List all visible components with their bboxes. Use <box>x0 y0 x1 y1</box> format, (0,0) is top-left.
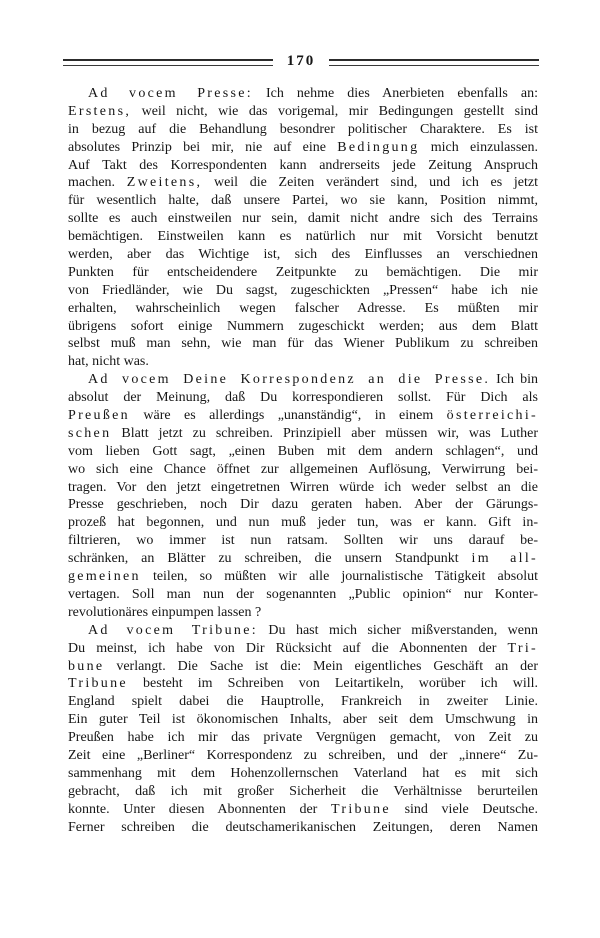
text-segment: verlangt. Die Sache ist die: Mein eigent… <box>104 659 538 674</box>
text-segment: England spielt dabei die Hauptrolle, Fra… <box>68 694 538 709</box>
text-line: absolutes Prinzip bei mir, nie auf eine … <box>68 139 538 157</box>
emphasized-text: Tribune <box>68 676 128 691</box>
emphasized-text: Ad vocem Tribune: <box>88 623 258 638</box>
emphasized-text: Ad vocem Presse: <box>88 86 253 101</box>
emphasized-text: Tri- <box>508 641 538 656</box>
text-line: von Friedländer, wie Du sagst, zugeschic… <box>68 282 538 300</box>
text-segment: erhalten, wahrscheinlich wegen falscher … <box>68 301 538 316</box>
text-segment: weil die Zeiten verändert sind, und ich … <box>202 175 538 190</box>
text-segment: Auf Takt des Korrespondenten kann andrer… <box>68 158 538 173</box>
text-line: Ad vocem Tribune: Du hast mich sicher mi… <box>68 622 538 640</box>
text-segment: in bezug auf die Behandlung besondrer po… <box>68 122 538 137</box>
text-segment: sind viele Deutsche. <box>391 802 538 817</box>
emphasized-text: Preußen <box>68 408 130 423</box>
text-segment: bemächtigen. Einstweilen kann es natürli… <box>68 229 538 244</box>
text-segment: von Friedländer, wie Du sagst, zugeschic… <box>68 283 538 298</box>
text-segment: besteht im Schreiben von Leitartikeln, w… <box>128 676 538 691</box>
text-line: gebracht, daß ich mit großer Sicherheit … <box>68 783 538 801</box>
text-line: hat, nicht was. <box>68 353 538 371</box>
text-segment: wo sich eine Chance öffnet zur allgemein… <box>68 462 538 477</box>
text-line: Ad vocem Deine Korrespondenz an die Pres… <box>68 371 538 389</box>
text-segment: absolutes Prinzip bei mir, nie auf eine <box>68 140 337 155</box>
text-segment: schränken, an Blätter zu schreiben, die … <box>68 551 472 566</box>
text-line: Erstens, weil nicht, wie das vorigemal, … <box>68 103 538 121</box>
text-line: Preußen habe ich mir das private Vergnüg… <box>68 729 538 747</box>
text-segment: teilen, so müßten wir alle journalistisc… <box>141 569 538 584</box>
text-line: übrigens sofort einige Nummern zugeschic… <box>68 318 538 336</box>
emphasized-text: Tribune <box>331 802 391 817</box>
emphasized-text: österreichi- <box>447 408 538 423</box>
text-segment: übrigens sofort einige Nummern zugeschic… <box>68 319 538 334</box>
text-segment: machen. <box>68 175 127 190</box>
text-line: filtrieren, wo immer ist nun ratsam. Sol… <box>68 532 538 550</box>
text-segment: hat, nicht was. <box>68 354 149 369</box>
text-segment: sollte es auch einstweilen nur sein, dam… <box>68 211 538 226</box>
text-segment: revolutionäres einpumpen lassen ? <box>68 605 261 620</box>
text-line: gemeinen teilen, so müßten wir alle jour… <box>68 568 538 586</box>
emphasized-text: bune <box>68 659 104 674</box>
text-line: schen Blatt jetzt zu schreiben. Prinzipi… <box>68 425 538 443</box>
text-line: bune verlangt. Die Sache ist die: Mein e… <box>68 658 538 676</box>
text-line: Ad vocem Presse: Ich nehme dies Anerbiet… <box>68 85 538 103</box>
text-line: England spielt dabei die Hauptrolle, Fra… <box>68 693 538 711</box>
book-page: 170 Ad vocem Presse: Ich nehme dies Aner… <box>0 0 600 938</box>
emphasized-text: Ad vocem Deine Korrespondenz an die Pres… <box>88 372 490 387</box>
text-line: für wesentlich halte, daß unsere Partei,… <box>68 192 538 210</box>
text-segment: für wesentlich halte, daß unsere Partei,… <box>68 193 538 208</box>
text-segment: konnte. Unter diesen Abonnenten der <box>68 802 331 817</box>
text-segment: gebracht, daß ich mit großer Sicherheit … <box>68 784 538 799</box>
emphasized-text: Zweitens, <box>127 175 203 190</box>
emphasized-text: gemeinen <box>68 569 141 584</box>
text-line: vertagen. Soll man nun der sogenannten „… <box>68 586 538 604</box>
text-segment: Punkten für entscheidendere Zeitpunkte z… <box>68 265 538 280</box>
text-segment: Presse geschrieben, noch Dir dazu gerate… <box>68 497 538 512</box>
text-line: tragen. Vor den jetzt eingetretnen Wirre… <box>68 479 538 497</box>
emphasized-text: im all- <box>472 551 538 566</box>
text-line: werden, aber das Wichtige ist, sich des … <box>68 246 538 264</box>
emphasized-text: schen <box>68 426 111 441</box>
text-line: Zeit eine „Berliner“ Korrespondenz zu sc… <box>68 747 538 765</box>
text-line: vom lieben Gott sagt, „einen Buben mit d… <box>68 443 538 461</box>
text-segment: vertagen. Soll man nun der sogenannten „… <box>68 587 538 602</box>
text-segment: selbst muß man sehn, wie man für das Wie… <box>68 336 538 351</box>
text-line: konnte. Unter diesen Abonnenten der Trib… <box>68 801 538 819</box>
text-line: Tribune besteht im Schreiben von Leitart… <box>68 675 538 693</box>
text-segment: werden, aber das Wichtige ist, sich des … <box>68 247 538 262</box>
text-line: Ferner schreiben die deutschamerikanisch… <box>68 819 538 837</box>
text-line: machen. Zweitens, weil die Zeiten veränd… <box>68 174 538 192</box>
text-line: Preußen wäre es allerdings „unanständig“… <box>68 407 538 425</box>
text-segment: weil nicht, wie das vorigemal, mir Bedin… <box>131 104 538 119</box>
text-line: Ein guter Teil ist ökonomischen Inhalts,… <box>68 711 538 729</box>
text-line: Presse geschrieben, noch Dir dazu gerate… <box>68 496 538 514</box>
text-line: sammenhang mit dem Hohenzollernschen Vat… <box>68 765 538 783</box>
text-segment: absolut der Meinung, daß Du korrespondie… <box>68 390 538 405</box>
text-line: erhalten, wahrscheinlich wegen falscher … <box>68 300 538 318</box>
text-segment: filtrieren, wo immer ist nun ratsam. Sol… <box>68 533 538 548</box>
text-line: in bezug auf die Behandlung besondrer po… <box>68 121 538 139</box>
text-line: absolut der Meinung, daß Du korrespondie… <box>68 389 538 407</box>
text-segment: Ferner schreiben die deutschamerikanisch… <box>68 820 538 835</box>
header-rule-right <box>329 59 539 66</box>
text-segment: mich einzulassen. <box>419 140 538 155</box>
text-line: bemächtigen. Einstweilen kann es natürli… <box>68 228 538 246</box>
text-segment: sammenhang mit dem Hohenzollernschen Vat… <box>68 766 538 781</box>
text-segment: wäre es allerdings „unanständig“, in ein… <box>130 408 447 423</box>
text-segment: Zeit eine „Berliner“ Korrespondenz zu sc… <box>68 748 538 763</box>
text-segment: Du meinst, ich habe von Dir Rücksicht au… <box>68 641 508 656</box>
text-segment: vom lieben Gott sagt, „einen Buben mit d… <box>68 444 538 459</box>
text-line: prozeß hat begonnen, und nun muß jeder t… <box>68 514 538 532</box>
page-number: 170 <box>273 54 330 68</box>
text-segment: Ein guter Teil ist ökonomischen Inhalts,… <box>68 712 538 727</box>
text-segment: Blatt jetzt zu schreiben. Prinzipiell ab… <box>111 426 538 441</box>
text-segment: Du hast mich sicher mißverstanden, wenn <box>258 623 538 638</box>
text-line: revolutionäres einpumpen lassen ? <box>68 604 538 622</box>
text-segment: Ich bin <box>490 372 538 387</box>
text-line: schränken, an Blätter zu schreiben, die … <box>68 550 538 568</box>
text-line: sollte es auch einstweilen nur sein, dam… <box>68 210 538 228</box>
emphasized-text: Bedingung <box>337 140 419 155</box>
header-rule-left <box>63 59 273 66</box>
running-head: 170 <box>63 55 539 69</box>
page-text: Ad vocem Presse: Ich nehme dies Anerbiet… <box>68 85 538 836</box>
text-line: selbst muß man sehn, wie man für das Wie… <box>68 335 538 353</box>
text-line: Punkten für entscheidendere Zeitpunkte z… <box>68 264 538 282</box>
text-line: wo sich eine Chance öffnet zur allgemein… <box>68 461 538 479</box>
text-line: Auf Takt des Korrespondenten kann andrer… <box>68 157 538 175</box>
text-line: Du meinst, ich habe von Dir Rücksicht au… <box>68 640 538 658</box>
text-segment: tragen. Vor den jetzt eingetretnen Wirre… <box>68 480 538 495</box>
emphasized-text: Erstens, <box>68 104 131 119</box>
text-segment: Preußen habe ich mir das private Vergnüg… <box>68 730 538 745</box>
text-segment: prozeß hat begonnen, und nun muß jeder t… <box>68 515 538 530</box>
text-segment: Ich nehme dies Anerbieten ebenfalls an: <box>253 86 538 101</box>
